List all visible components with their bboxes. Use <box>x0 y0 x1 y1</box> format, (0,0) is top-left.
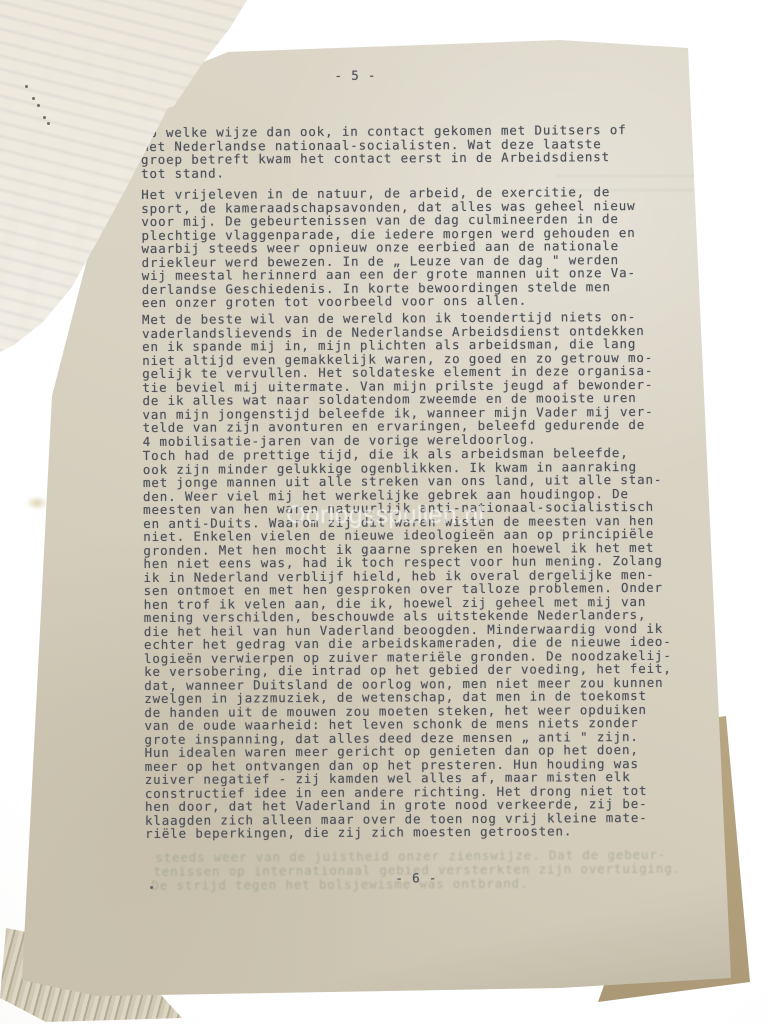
photographed-document: - 5 - Op welke wijze dan ook, in contact… <box>0 0 768 1024</box>
ink-speck <box>25 85 28 88</box>
page-number-bottom: - 6 - <box>395 871 437 885</box>
paper-stain <box>26 496 48 510</box>
ink-speck <box>47 122 50 125</box>
page-number-top: - 5 - <box>334 69 376 83</box>
bleedthrough-line: De strijd tegen het bolsjewisme was ontb… <box>151 877 528 893</box>
ink-speck <box>43 116 46 119</box>
ink-speck <box>32 97 35 100</box>
watermark-text: Oorlogsspullen.nl <box>286 501 484 530</box>
ink-speck <box>37 104 40 107</box>
paragraph-1: Op welke wijze dan ook, in contact gekom… <box>141 123 627 180</box>
paragraph-2: Het vrijeleven in de natuur, de arbeid, … <box>141 185 636 310</box>
paragraph-3: Met de beste wil van de wereld kon ik to… <box>142 310 654 448</box>
ink-dot <box>150 886 153 889</box>
